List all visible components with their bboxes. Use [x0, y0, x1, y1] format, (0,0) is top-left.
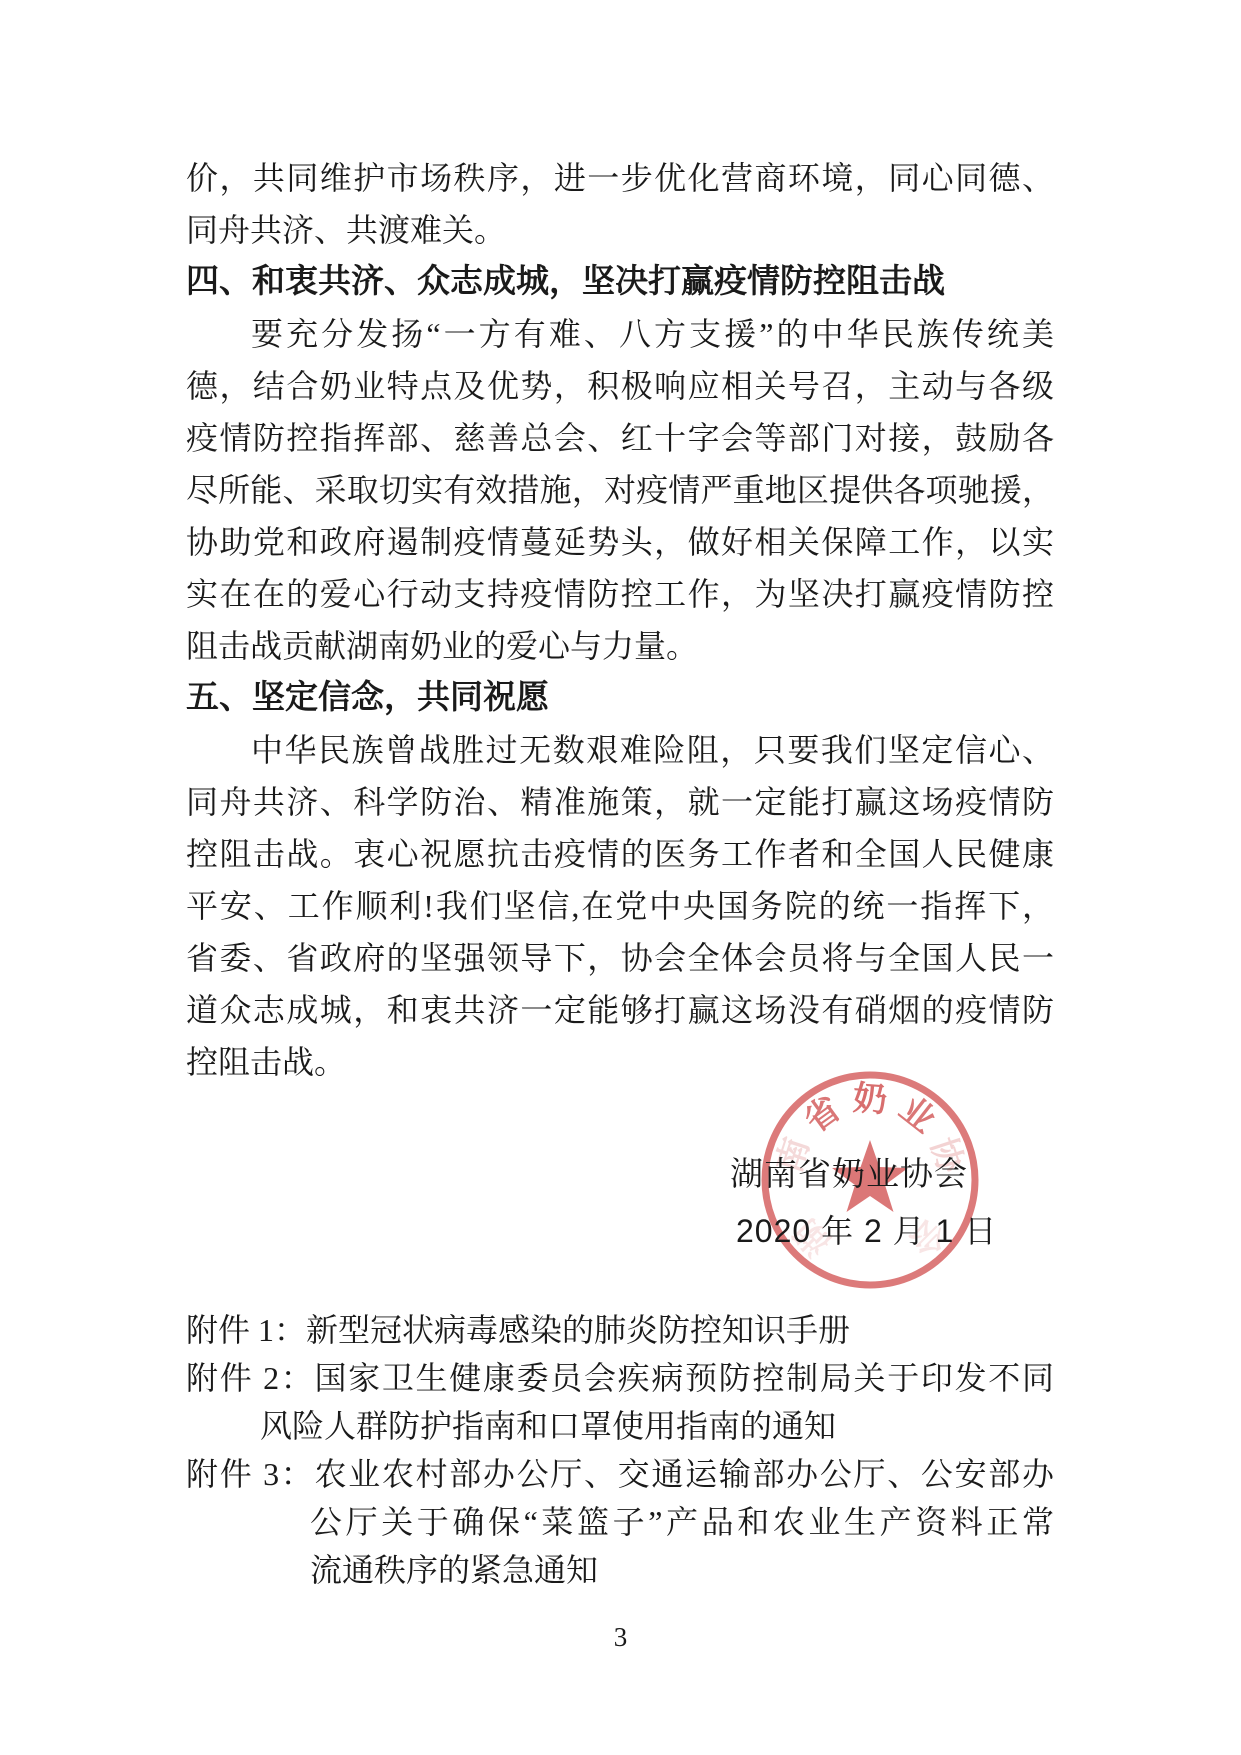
attachment-line: 附件 1：新型冠状病毒感染的肺炎防控知识手册	[186, 1306, 1054, 1354]
attachment-line: 风险人群防护指南和口罩使用指南的通知	[186, 1402, 1054, 1450]
page-number: 3	[0, 1622, 1241, 1653]
body-line: 实在在的爱心行动支持疫情防控工作，为坚决打赢疫情防控	[186, 568, 1054, 620]
body-line: 中华民族曾战胜过无数艰难险阻，只要我们坚定信心、	[186, 724, 1054, 776]
body-line: 阻击战贡献湖南奶业的爱心与力量。	[186, 620, 1054, 672]
attachment-line: 流通秩序的紧急通知	[186, 1546, 1054, 1594]
body-line: 协助党和政府遏制疫情蔓延势头，做好相关保障工作，以实	[186, 516, 1054, 568]
attachment-line: 公厅关于确保“菜篮子”产品和农业生产资料正常	[186, 1498, 1054, 1546]
body-line: 尽所能、采取切实有效措施，对疫情严重地区提供各项驰援，	[186, 464, 1054, 516]
section-heading-5: 五、坚定信念，共同祝愿	[186, 672, 1054, 724]
body-line: 控阻击战。衷心祝愿抗击疫情的医务工作者和全国人民健康	[186, 828, 1054, 880]
signature-org: 湖南省奶业协会	[730, 1148, 968, 1195]
body-line: 同舟共济、科学防治、精准施策，就一定能打赢这场疫情防	[186, 776, 1054, 828]
body-line: 德，结合奶业特点及优势，积极响应相关号召，主动与各级	[186, 360, 1054, 412]
body-line: 价，共同维护市场秩序，进一步优化营商环境，同心同德、	[186, 152, 1054, 204]
body-line: 道众志成城，和衷共济一定能够打赢这场没有硝烟的疫情防	[186, 984, 1054, 1036]
body-line: 控阻击战。	[186, 1036, 1054, 1088]
body-line: 省委、省政府的坚强领导下，协会全体会员将与全国人民一	[186, 932, 1054, 984]
attachment-line: 附件 2：国家卫生健康委员会疾病预防控制局关于印发不同	[186, 1354, 1054, 1402]
body-line: 平安、工作顺利!我们坚信,在党中央国务院的统一指挥下，	[186, 880, 1054, 932]
body-line: 同舟共济、共渡难关。	[186, 204, 1054, 256]
body-line: 要充分发扬“一方有难、八方支援”的中华民族传统美	[186, 308, 1054, 360]
document-body: 价，共同维护市场秩序，进一步优化营商环境，同心同德、 同舟共济、共渡难关。 四、…	[186, 152, 1054, 1088]
document-page: { "document": { "lines": [ { "text": "价，…	[0, 0, 1241, 1755]
body-line: 疫情防控指挥部、慈善总会、红十字会等部门对接，鼓励各	[186, 412, 1054, 464]
attachments-list: 附件 1：新型冠状病毒感染的肺炎防控知识手册 附件 2：国家卫生健康委员会疾病预…	[186, 1306, 1054, 1594]
attachment-line: 附件 3：农业农村部办公厅、交通运输部办公厅、公安部办	[186, 1450, 1054, 1498]
signature-date: 2020 年 2 月 1 日	[736, 1206, 997, 1252]
section-heading-4: 四、和衷共济、众志成城，坚决打赢疫情防控阻击战	[186, 256, 1054, 308]
